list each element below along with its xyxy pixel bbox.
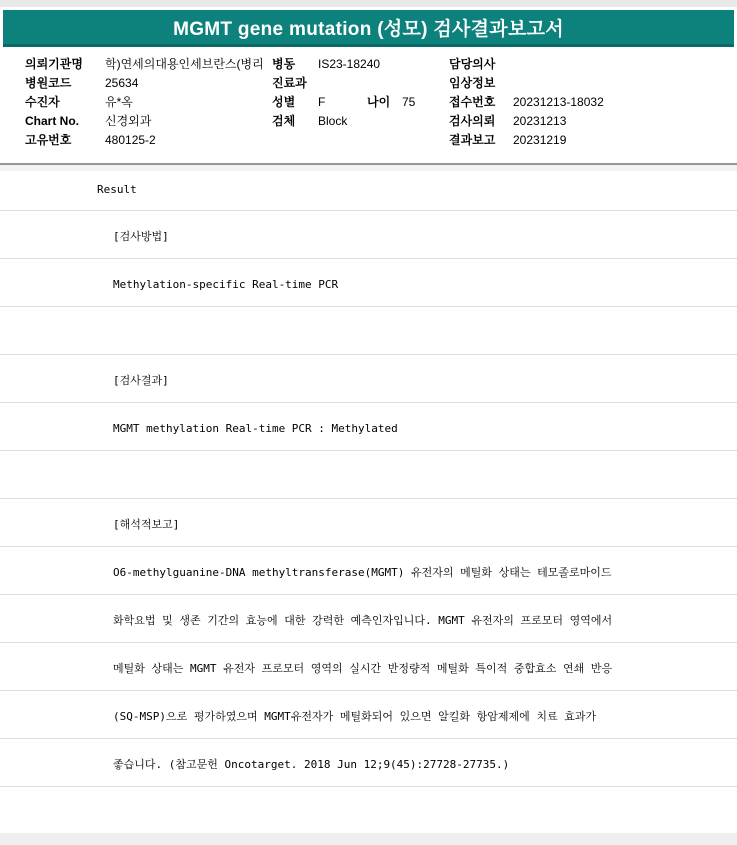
table-row — [0, 787, 737, 833]
sex-label: 성별 — [272, 95, 295, 109]
table-row: (SQ-MSP)으로 평가하였으며 MGMT유전자가 메틸화되어 있으면 알킬화… — [0, 691, 737, 739]
spacer-row-text — [0, 451, 737, 470]
specimen-value: Block — [318, 114, 347, 128]
hospital-code-label: 병원코드 — [25, 76, 71, 90]
table-row: MGMT methylation Real-time PCR : Methyla… — [0, 403, 737, 451]
table-row: Methylation-specific Real-time PCR — [0, 259, 737, 307]
interpretation-line-2: 화학요법 및 생존 기간의 효능에 대한 강력한 예측인자입니다. MGMT 유… — [0, 595, 737, 627]
interpretation-line-3: 메틸화 상태는 MGMT 유전자 프로모터 영역의 실시간 반정량적 메틸화 특… — [0, 643, 737, 675]
method-section-heading: [검사방법] — [0, 211, 737, 243]
table-row: O6-methylguanine-DNA methyltransferase(M… — [0, 547, 737, 595]
report-date-label: 결과보고 — [449, 133, 495, 147]
table-row: [해석적보고] — [0, 499, 737, 547]
referring-org-label: 의뢰기관명 — [25, 57, 83, 71]
top-window-strip — [0, 0, 737, 7]
table-row — [0, 451, 737, 499]
report-title-bar: MGMT gene mutation (성모) 검사결과보고서 — [3, 10, 734, 47]
department-label: 진료과 — [272, 76, 307, 90]
interpretation-line-1: O6-methylguanine-DNA methyltransferase(M… — [0, 547, 737, 579]
table-row: 화학요법 및 생존 기간의 효능에 대한 강력한 예측인자입니다. MGMT 유… — [0, 595, 737, 643]
interpretation-line-5: 좋습니다. (참고문헌 Oncotarget. 2018 Jun 12;9(45… — [0, 739, 737, 771]
interpretation-line-4: (SQ-MSP)으로 평가하였으며 MGMT유전자가 메틸화되어 있으면 알킬화… — [0, 691, 737, 723]
result-text: MGMT methylation Real-time PCR : Methyla… — [0, 403, 737, 435]
patient-name-value: 유*옥 — [105, 95, 133, 109]
clinical-info-label: 임상정보 — [449, 76, 495, 90]
age-value: 75 — [402, 95, 415, 109]
table-row: [검사방법] — [0, 211, 737, 259]
report-date-value: 20231219 — [513, 133, 566, 147]
patient-info-panel: 의뢰기관명 학)연세의대용인세브란스(병리 병원코드 25634 수진자 유*옥… — [0, 47, 737, 163]
table-row: Result — [0, 171, 737, 211]
specimen-label: 검체 — [272, 114, 295, 128]
patient-name-label: 수진자 — [25, 95, 60, 109]
sex-value: F — [318, 95, 325, 109]
table-row — [0, 307, 737, 355]
accession-no-value: 20231213-18032 — [513, 95, 604, 109]
ward-label: 병동 — [272, 57, 295, 71]
test-request-date-label: 검사의뢰 — [449, 114, 495, 128]
bottom-window-strip — [0, 833, 737, 845]
result-section-heading: [검사결과] — [0, 355, 737, 387]
accession-no-label: 접수번호 — [449, 95, 495, 109]
ward-value: IS23-18240 — [318, 57, 380, 71]
method-text: Methylation-specific Real-time PCR — [0, 259, 737, 291]
table-row: 좋습니다. (참고문헌 Oncotarget. 2018 Jun 12;9(45… — [0, 739, 737, 787]
unique-no-value: 480125-2 — [105, 133, 156, 147]
referring-org-value: 학)연세의대용인세브란스(병리 — [105, 57, 264, 71]
chart-no-label: Chart No. — [25, 114, 79, 128]
report-title: MGMT gene mutation (성모) 검사결과보고서 — [173, 14, 564, 41]
table-row: [검사결과] — [0, 355, 737, 403]
hospital-code-value: 25634 — [105, 76, 138, 90]
unique-no-label: 고유번호 — [25, 133, 71, 147]
attending-doctor-label: 담당의사 — [449, 57, 495, 71]
interpretation-section-heading: [해석적보고] — [0, 499, 737, 531]
table-row: 메틸화 상태는 MGMT 유전자 프로모터 영역의 실시간 반정량적 메틸화 특… — [0, 643, 737, 691]
test-request-date-value: 20231213 — [513, 114, 566, 128]
age-label: 나이 — [367, 95, 390, 109]
result-heading: Result — [0, 171, 737, 196]
spacer-row-text — [0, 307, 737, 326]
chart-no-value: 신경외과 — [105, 114, 151, 128]
